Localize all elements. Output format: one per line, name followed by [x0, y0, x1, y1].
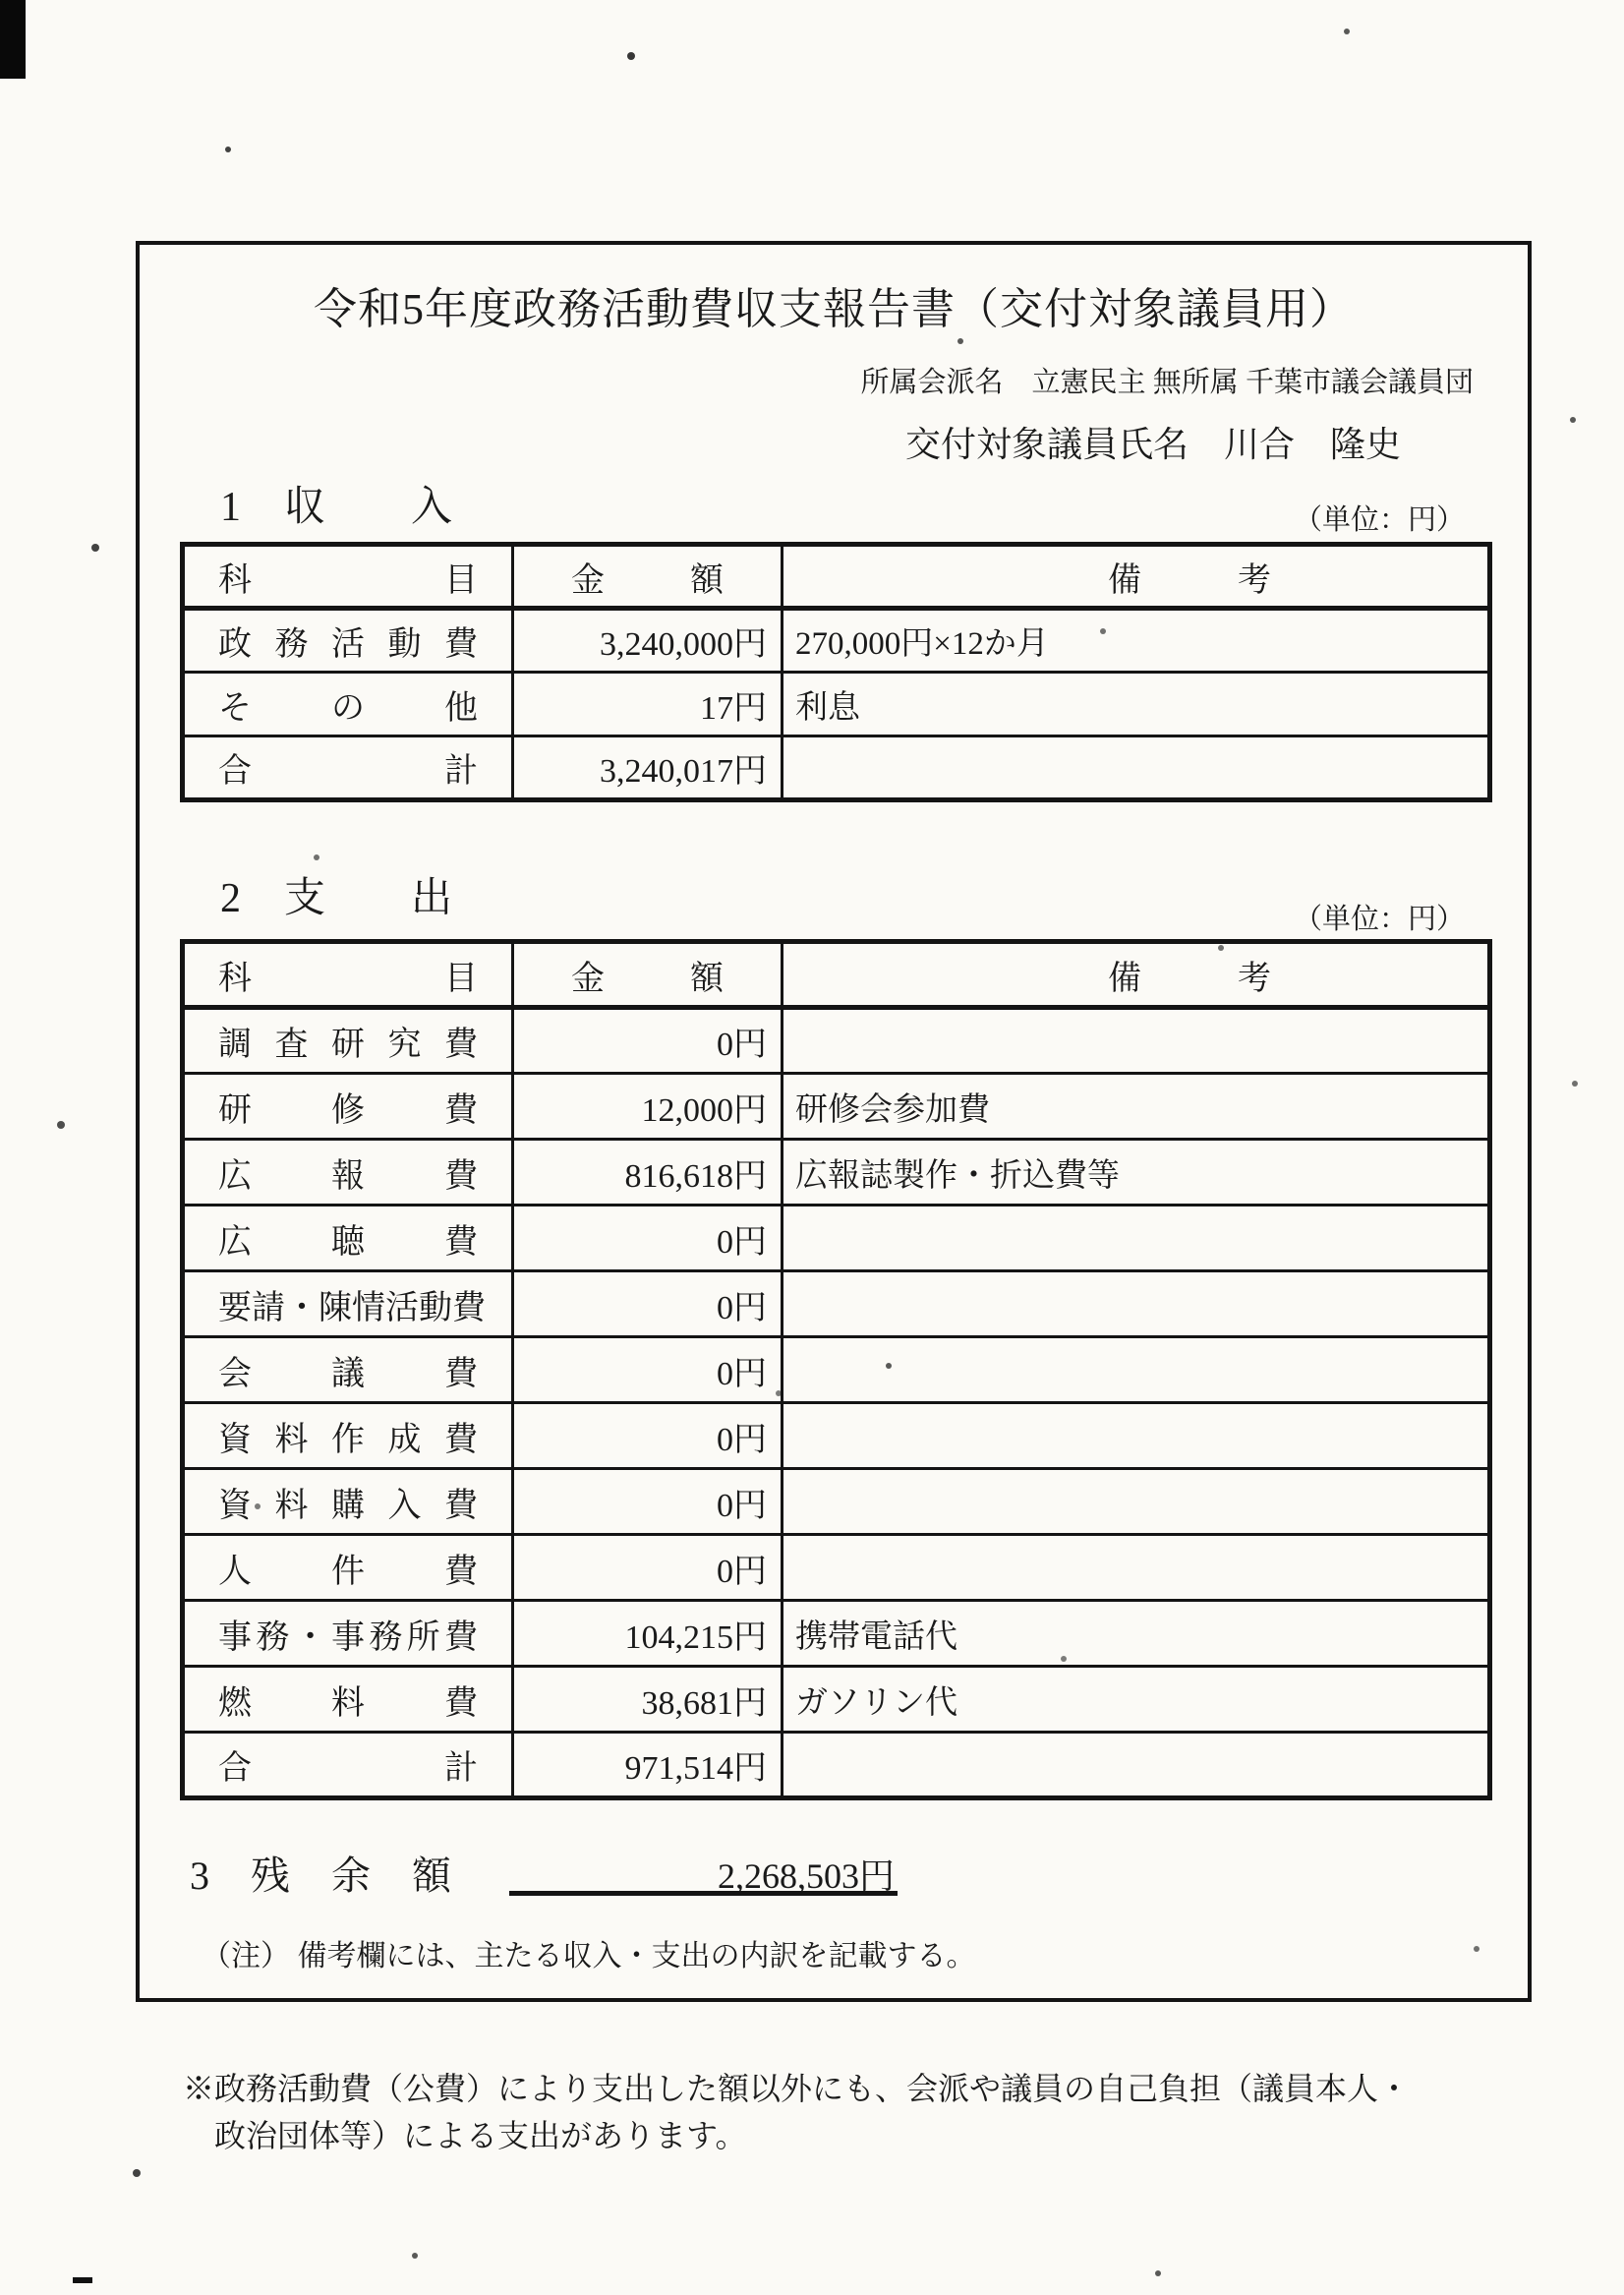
remarks-cell: 携帯電話代 [783, 1601, 1490, 1667]
remarks-cell [783, 1403, 1490, 1469]
remarks-cell [783, 1733, 1490, 1798]
remarks-cell [783, 1008, 1490, 1074]
footnote-line-1: ※政務活動費（公費）により支出した額以外にも、会派や議員の自己負担（議員本人・ [183, 2065, 1410, 2112]
amount-cell: 0円 [513, 1535, 783, 1601]
member-name-line: 交付対象議員氏名 川合 隆史 [905, 417, 1401, 467]
income-header-remarks: 備考 [783, 545, 1490, 609]
expense-row-material-creation: 資料作成費 0円 [183, 1403, 1490, 1469]
expense-header-item: 科目 [183, 942, 513, 1008]
amount-cell: 12,000円 [513, 1074, 783, 1140]
income-table: 科目 金額 備考 政務活動費 3,240,000円 270,000円×12か月 … [180, 542, 1492, 802]
item-cell: その他 [183, 673, 513, 736]
expense-table: 科目 金額 備考 調査研究費 0円 研修費 12,000円 研修会参加費 広報費… [180, 939, 1492, 1800]
remarks-cell [783, 1271, 1490, 1337]
remarks-cell [783, 1337, 1490, 1403]
amount-cell: 17円 [513, 673, 783, 736]
expense-header-amount: 金額 [513, 942, 783, 1008]
expense-row-total: 合計 971,514円 [183, 1733, 1490, 1798]
expense-row-hearing: 広聴費 0円 [183, 1206, 1490, 1271]
expense-row-petition: 要請・陳情活動費 0円 [183, 1271, 1490, 1337]
item-cell: 人件費 [183, 1535, 513, 1601]
remarks-cell [783, 1206, 1490, 1271]
remarks-cell: 利息 [783, 673, 1490, 736]
amount-cell: 3,240,017円 [513, 736, 783, 800]
item-cell: 合計 [183, 1733, 513, 1798]
income-row-seimukatsudouhi: 政務活動費 3,240,000円 270,000円×12か月 [183, 609, 1490, 673]
amount-cell: 0円 [513, 1337, 783, 1403]
balance-section-label: 3 残 余 額 [190, 1845, 452, 1901]
item-cell: 政務活動費 [183, 609, 513, 673]
faction-name-line: 所属会派名 立憲民主 無所属 千葉市議会議員団 [860, 360, 1474, 400]
expense-row-research: 調査研究費 0円 [183, 1008, 1490, 1074]
amount-cell: 816,618円 [513, 1140, 783, 1206]
footnote-line-2: 政治団体等）による支出があります。 [214, 2112, 1410, 2159]
remarks-instruction-note: （注） 備考欄には、主たる収入・支出の内訳を記載する。 [202, 1931, 976, 1974]
amount-cell: 0円 [513, 1469, 783, 1535]
expense-unit-note: （単位：円） [1294, 897, 1465, 937]
expense-row-publicity: 広報費 816,618円 広報誌製作・折込費等 [183, 1140, 1490, 1206]
income-header-amount: 金額 [513, 545, 783, 609]
remarks-cell: 広報誌製作・折込費等 [783, 1140, 1490, 1206]
income-header-row: 科目 金額 備考 [183, 545, 1490, 609]
remarks-cell [783, 736, 1490, 800]
amount-cell: 0円 [513, 1271, 783, 1337]
item-cell: 要請・陳情活動費 [183, 1271, 513, 1337]
remarks-cell: 研修会参加費 [783, 1074, 1490, 1140]
remarks-cell [783, 1469, 1490, 1535]
amount-cell: 0円 [513, 1008, 783, 1074]
scanned-report-page: 令和5年度政務活動費収支報告書（交付対象議員用） 所属会派名 立憲民主 無所属 … [0, 0, 1624, 2295]
remarks-cell [783, 1535, 1490, 1601]
income-row-total: 合計 3,240,017円 [183, 736, 1490, 800]
expense-header-remarks: 備考 [783, 942, 1490, 1008]
expense-header-row: 科目 金額 備考 [183, 942, 1490, 1008]
report-title: 令和5年度政務活動費収支報告書（交付対象議員用） [136, 273, 1532, 336]
amount-cell: 3,240,000円 [513, 609, 783, 673]
amount-cell: 104,215円 [513, 1601, 783, 1667]
expense-row-fuel: 燃料費 38,681円 ガソリン代 [183, 1667, 1490, 1733]
expense-section-label: 2 支 出 [220, 865, 453, 924]
balance-underline [509, 1891, 898, 1896]
expense-row-personnel: 人件費 0円 [183, 1535, 1490, 1601]
bottom-footnote: ※政務活動費（公費）により支出した額以外にも、会派や議員の自己負担（議員本人・ … [183, 2065, 1410, 2159]
item-cell: 広報費 [183, 1140, 513, 1206]
income-row-sonota: その他 17円 利息 [183, 673, 1490, 736]
item-cell: 事務・事務所費 [183, 1601, 513, 1667]
income-unit-note: （単位：円） [1294, 498, 1465, 538]
amount-cell: 971,514円 [513, 1733, 783, 1798]
item-cell: 会議費 [183, 1337, 513, 1403]
expense-row-office: 事務・事務所費 104,215円 携帯電話代 [183, 1601, 1490, 1667]
expense-row-training: 研修費 12,000円 研修会参加費 [183, 1074, 1490, 1140]
item-cell: 広聴費 [183, 1206, 513, 1271]
item-cell: 調査研究費 [183, 1008, 513, 1074]
item-cell: 合計 [183, 736, 513, 800]
amount-cell: 38,681円 [513, 1667, 783, 1733]
remarks-cell: 270,000円×12か月 [783, 609, 1490, 673]
remarks-cell: ガソリン代 [783, 1667, 1490, 1733]
income-header-item: 科目 [183, 545, 513, 609]
item-cell: 燃料費 [183, 1667, 513, 1733]
amount-cell: 0円 [513, 1403, 783, 1469]
amount-cell: 0円 [513, 1206, 783, 1271]
item-cell: 資料購入費 [183, 1469, 513, 1535]
income-section-label: 1 収 入 [220, 474, 453, 533]
expense-row-meeting: 会議費 0円 [183, 1337, 1490, 1403]
scan-corner-artifact [0, 0, 26, 79]
item-cell: 資料作成費 [183, 1403, 513, 1469]
scan-edge-artifact [73, 2277, 92, 2283]
expense-row-material-purchase: 資料購入費 0円 [183, 1469, 1490, 1535]
item-cell: 研修費 [183, 1074, 513, 1140]
scan-noise-speckles [0, 0, 4, 4]
